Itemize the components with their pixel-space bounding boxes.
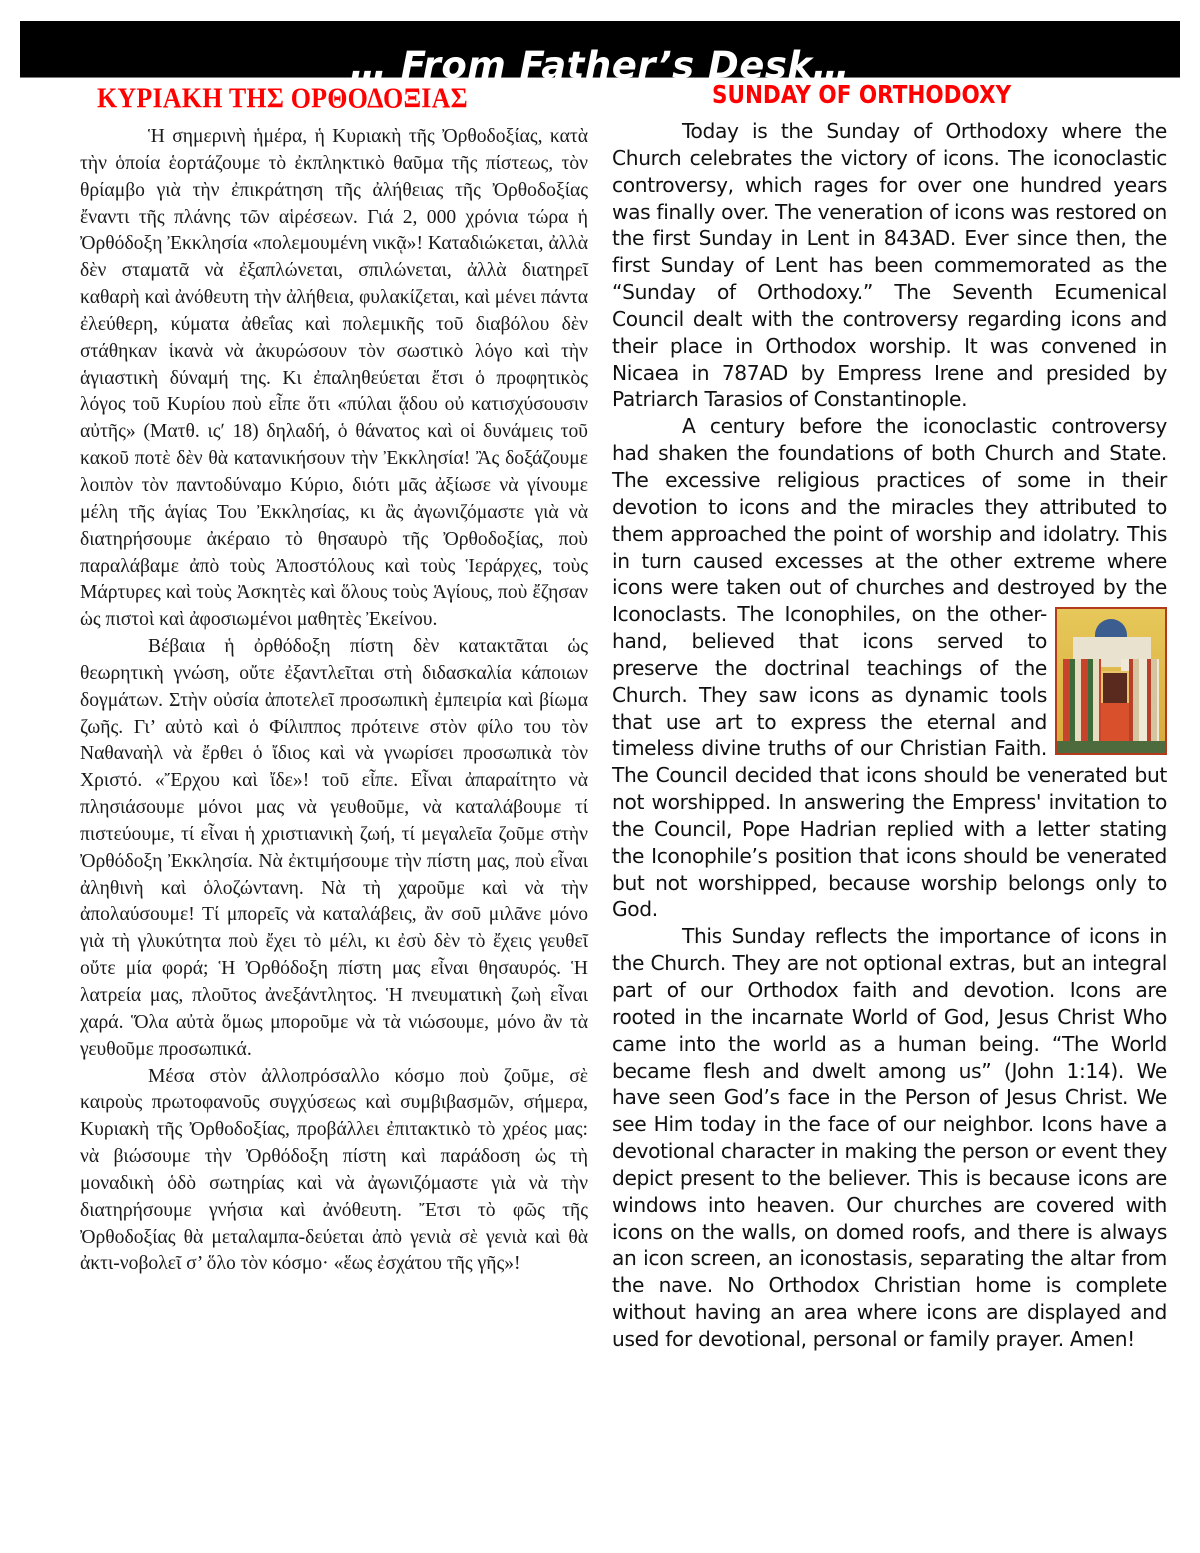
- icon-stand-shape: [1101, 703, 1129, 743]
- english-paragraph-3: This Sunday reflects the importance of i…: [612, 923, 1167, 1353]
- greek-paragraph-1: Ἡ σημερινὴ ἡμέρα, ἡ Κυριακὴ τῆς Ὀρθοδοξί…: [80, 124, 588, 634]
- english-article: Today is the Sunday of Orthodoxy where t…: [612, 118, 1167, 1353]
- english-paragraph-2-part-a: A century before the iconoclastic contro…: [612, 414, 1167, 626]
- header-banner: … From Father’s Desk…: [20, 21, 1180, 78]
- english-column-heading-wrap: SUNDAY OF ORTHODOXY: [612, 80, 1167, 110]
- floor-shape: [1057, 741, 1165, 753]
- greek-paragraph-3: Μέσα στὸν ἀλλοπρόσαλλο κόσμο ποὺ ζοῦμε, …: [80, 1064, 588, 1279]
- saints-left-group-shape: [1063, 659, 1101, 747]
- greek-paragraph-2: Βέβαια ἡ ὀρθόδοξη πίστη δὲν κατακτᾶται ὡ…: [80, 634, 588, 1064]
- greek-heading: ΚΥΡΙΑΚΗ ΤΗΣ ΟΡΘΟΔΟΞΙΑΣ: [97, 80, 588, 117]
- triumph-of-orthodoxy-icon-image: [1055, 607, 1167, 755]
- english-paragraph-1: Today is the Sunday of Orthodoxy where t…: [612, 118, 1167, 413]
- english-heading: SUNDAY OF ORTHODOXY: [712, 80, 1103, 110]
- english-paragraph-2-wrap: A century before the iconoclastic contro…: [612, 413, 1167, 923]
- held-icon-shape: [1101, 671, 1129, 705]
- greek-article: Ἡ σημερινὴ ἡμέρα, ἡ Κυριακὴ τῆς Ὀρθοδοξί…: [80, 124, 588, 1278]
- greek-column-heading-wrap: ΚΥΡΙΑΚΗ ΤΗΣ ΟΡΘΟΔΟΞΙΑΣ: [80, 80, 588, 114]
